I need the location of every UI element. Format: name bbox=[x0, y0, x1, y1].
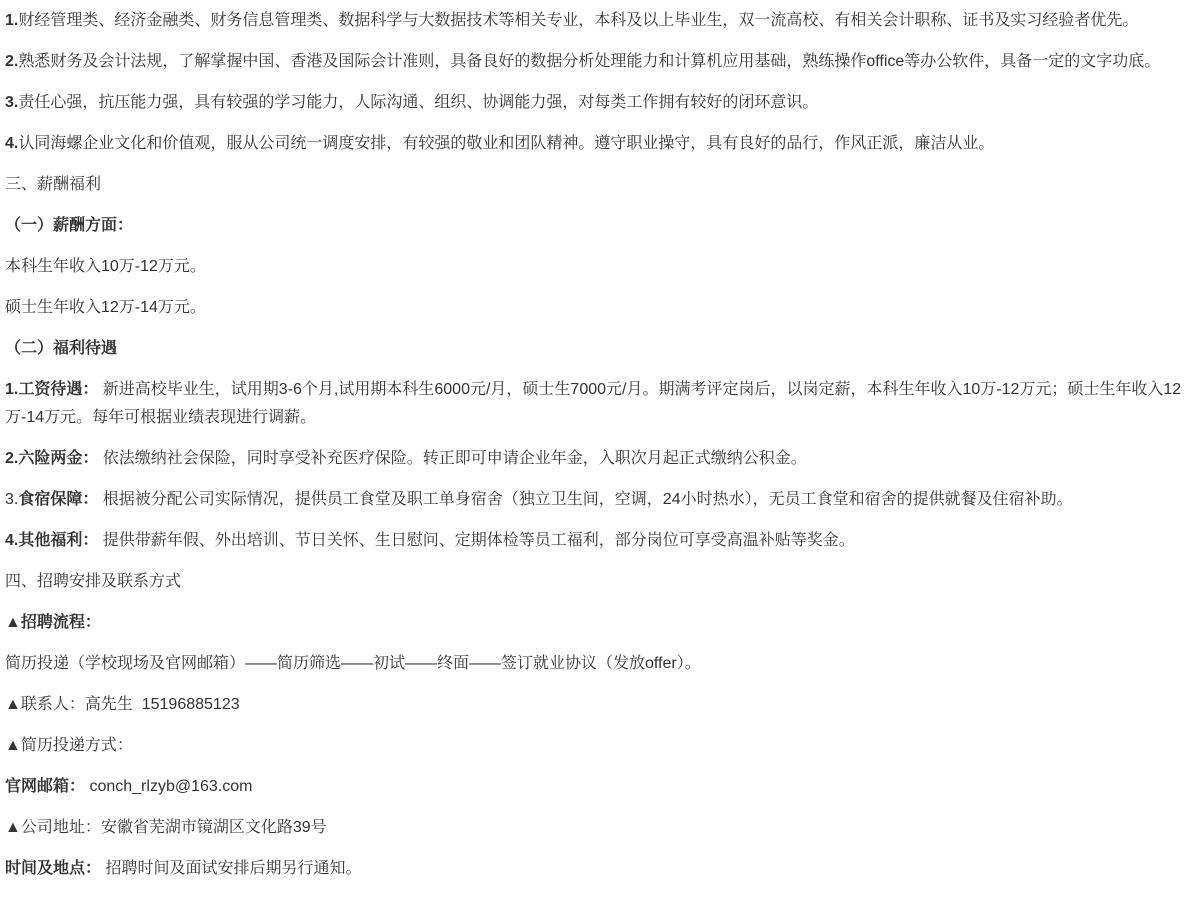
subsection-salary-heading-text: （一）薪酬方面： bbox=[5, 217, 133, 234]
requirement-1-text: 财经管理类、经济金融类、财务信息管理类、数据科学与大数据技术等相关专业，本科及以… bbox=[18, 12, 1138, 29]
company-address-text: ▲公司地址：安徽省芜湖市镜湖区文化路39号 bbox=[5, 819, 327, 836]
section-heading-compensation: 三、薪酬福利 bbox=[5, 171, 1187, 199]
benefit-insurance-label: 2.六险两金： bbox=[5, 450, 98, 467]
salary-master-text: 硕士生年收入12万-14万元。 bbox=[5, 299, 206, 316]
subsection-benefits-heading-text: （二）福利待遇 bbox=[5, 340, 117, 357]
company-address: ▲公司地址：安徽省芜湖市镜湖区文化路39号 bbox=[5, 814, 1187, 842]
official-email: 官网邮箱： conch_rlzyb@163.com bbox=[5, 773, 1187, 801]
requirement-2-text: 熟悉财务及会计法规，了解掌握中国、香港及国际会计准则，具备良好的数据分析处理能力… bbox=[18, 53, 1160, 70]
requirement-3-number: 3. bbox=[5, 94, 18, 111]
requirement-4-number: 4. bbox=[5, 135, 18, 152]
requirement-4-text: 认同海螺企业文化和价值观，服从公司统一调度安排，有较强的敬业和团队精神。遵守职业… bbox=[18, 135, 994, 152]
section-heading-compensation-text: 三、薪酬福利 bbox=[5, 176, 101, 193]
salary-bachelor: 本科生年收入10万-12万元。 bbox=[5, 253, 1187, 281]
requirement-1: 1.财经管理类、经济金融类、财务信息管理类、数据科学与大数据技术等相关专业，本科… bbox=[5, 1, 1187, 35]
benefit-salary-label: 1.工资待遇： bbox=[5, 381, 98, 398]
resume-delivery-heading-text: ▲简历投递方式： bbox=[5, 737, 133, 754]
resume-delivery-heading: ▲简历投递方式： bbox=[5, 732, 1187, 760]
requirement-4: 4.认同海螺企业文化和价值观，服从公司统一调度安排，有较强的敬业和团队精神。遵守… bbox=[5, 130, 1187, 158]
requirement-3: 3.责任心强，抗压能力强，具有较强的学习能力，人际沟通、组织、协调能力强，对每类… bbox=[5, 89, 1187, 117]
benefit-accommodation-label: 食宿保障： bbox=[18, 491, 98, 508]
benefit-other: 4.其他福利： 提供带薪年假、外出培训、节日关怀、生日慰问、定期体检等员工福利，… bbox=[5, 527, 1187, 555]
salary-bachelor-text: 本科生年收入10万-12万元。 bbox=[5, 258, 206, 275]
requirement-3-text: 责任心强，抗压能力强，具有较强的学习能力，人际沟通、组织、协调能力强，对每类工作… bbox=[18, 94, 818, 111]
recruitment-process-heading: ▲招聘流程： bbox=[5, 609, 1187, 637]
section-heading-recruitment-text: 四、招聘安排及联系方式 bbox=[5, 573, 181, 590]
job-posting-document: 1.财经管理类、经济金融类、财务信息管理类、数据科学与大数据技术等相关专业，本科… bbox=[0, 0, 1195, 906]
requirement-2-number: 2. bbox=[5, 53, 18, 70]
section-heading-recruitment: 四、招聘安排及联系方式 bbox=[5, 568, 1187, 596]
benefit-salary-text: 新进高校毕业生，试用期3-6个月,试用期本科生6000元/月，硕士生7000元/… bbox=[5, 381, 1181, 426]
time-and-place-text: 招聘时间及面试安排后期另行通知。 bbox=[101, 860, 361, 877]
official-email-address: conch_rlzyb@163.com bbox=[85, 778, 252, 795]
subsection-salary-heading: （一）薪酬方面： bbox=[5, 212, 1187, 240]
recruitment-process-flow: 简历投递（学校现场及官网邮箱）——简历筛选——初试——终面——签订就业协议（发放… bbox=[5, 650, 1187, 678]
benefit-insurance: 2.六险两金： 依法缴纳社会保险，同时享受补充医疗保险。转正即可申请企业年金，入… bbox=[5, 445, 1187, 473]
benefit-accommodation-number: 3. bbox=[5, 491, 18, 508]
recruitment-process-heading-text: ▲招聘流程： bbox=[5, 614, 101, 631]
contact-person: ▲联系人：高先生 15196885123 bbox=[5, 691, 1187, 719]
contact-person-text: ▲联系人：高先生 15196885123 bbox=[5, 696, 240, 713]
requirement-2: 2.熟悉财务及会计法规，了解掌握中国、香港及国际会计准则，具备良好的数据分析处理… bbox=[5, 48, 1187, 76]
recruitment-process-flow-text: 简历投递（学校现场及官网邮箱）——简历筛选——初试——终面——签订就业协议（发放… bbox=[5, 655, 701, 672]
requirement-1-number: 1. bbox=[5, 12, 18, 29]
subsection-benefits-heading: （二）福利待遇 bbox=[5, 335, 1187, 363]
benefit-insurance-text: 依法缴纳社会保险，同时享受补充医疗保险。转正即可申请企业年金，入职次月起正式缴纳… bbox=[98, 450, 806, 467]
time-and-place-label: 时间及地点： bbox=[5, 860, 101, 877]
benefit-other-text: 提供带薪年假、外出培训、节日关怀、生日慰问、定期体检等员工福利，部分岗位可享受高… bbox=[98, 532, 854, 549]
benefit-salary: 1.工资待遇： 新进高校毕业生，试用期3-6个月,试用期本科生6000元/月，硕… bbox=[5, 376, 1187, 432]
benefit-accommodation-text: 根据被分配公司实际情况，提供员工食堂及职工单身宿舍（独立卫生间，空调，24小时热… bbox=[98, 491, 1072, 508]
benefit-other-label: 4.其他福利： bbox=[5, 532, 98, 549]
benefit-accommodation: 3.食宿保障： 根据被分配公司实际情况，提供员工食堂及职工单身宿舍（独立卫生间，… bbox=[5, 486, 1187, 514]
time-and-place: 时间及地点： 招聘时间及面试安排后期另行通知。 bbox=[5, 855, 1187, 883]
salary-master: 硕士生年收入12万-14万元。 bbox=[5, 294, 1187, 322]
official-email-label: 官网邮箱： bbox=[5, 778, 85, 795]
